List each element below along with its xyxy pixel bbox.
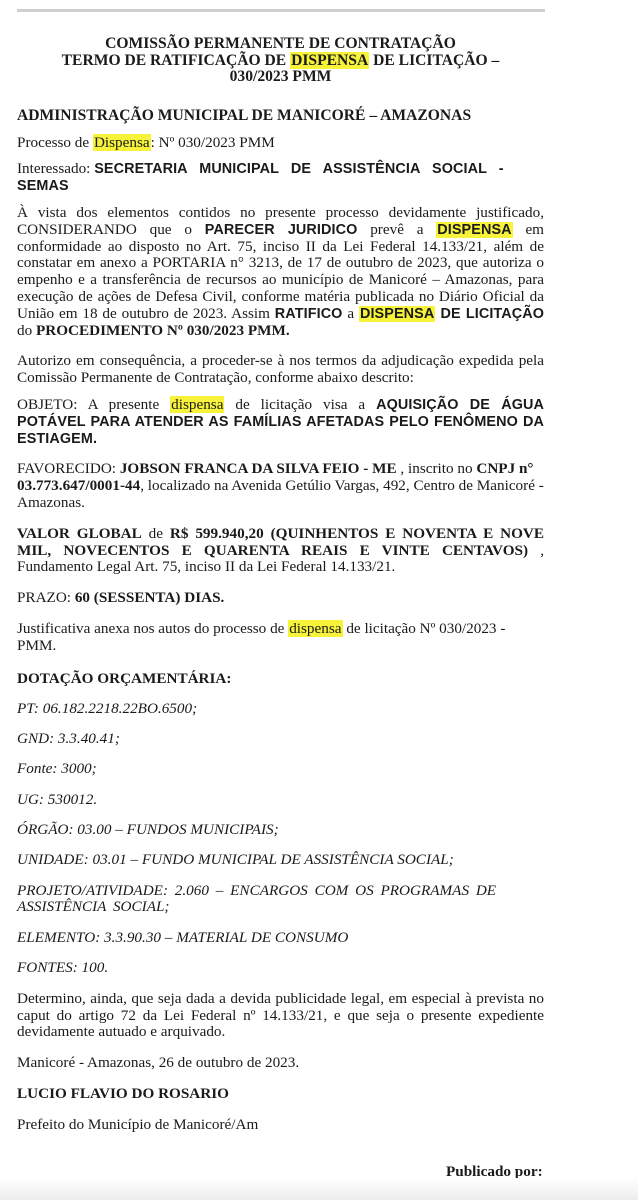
header-term-title: TERMO DE RATIFICAÇÃO DE DISPENSA DE LICI… [13,53,548,70]
ratifico: RATIFICO [275,306,343,322]
prazo-value: 60 (SESSENTA) DIAS. [75,589,225,606]
determino-paragraph: Determino, ainda, que seja dada a devida… [17,991,544,1041]
valor-label: VALOR GLOBAL [17,525,142,542]
process-number: Processo de Dispensa: Nº 030/2023 PMM [17,135,544,152]
prazo-paragraph: PRAZO: 60 (SESSENTA) DIAS. [17,590,544,607]
dotacao-item-gnd: GND: 3.3.40.41; [17,731,544,748]
justificativa-text: Justificativa anexa nos autos do process… [17,620,288,637]
dotacao-item-fonte: Fonte: 3000; [17,761,544,778]
dotacao-item-elemento: ELEMENTO: 3.3.90.30 – MATERIAL DE CONSUM… [17,930,544,947]
signatory-name: LUCIO FLAVIO DO ROSARIO [17,1086,544,1103]
dotacao-item-orgao: ÓRGÃO: 03.00 – FUNDOS MUNICIPAIS; [17,822,544,839]
header-number: 030/2023 PMM [13,69,548,86]
considerando-text-6: do [17,322,36,339]
highlight-dispensa: DISPENSA [359,306,435,322]
interested-party: Interessado: SECRETARIA MUNICIPAL DE ASS… [17,161,544,195]
autorizo-paragraph: Autorizo em consequência, a proceder-se … [17,353,544,387]
interested-label: Interessado: [17,160,94,177]
header-term-post: DE LICITAÇÃO – [369,52,499,69]
dotacao-item-ug: UG: 530012. [17,792,544,809]
dotacao-item-unidade: UNIDADE: 03.01 – FUNDO MUNICIPAL DE ASSI… [17,852,544,869]
highlight-dispensa: dispensa [288,620,342,637]
highlight-dispensa: Dispensa [93,134,151,151]
header-term-pre: TERMO DE RATIFICAÇÃO DE [62,52,290,69]
favorecido-label: FAVORECIDO: [17,460,120,477]
valor-de: de [142,525,170,542]
objeto-text: de licitação visa a [224,396,376,413]
favorecido-paragraph: FAVORECIDO: JOBSON FRANCA DA SILVA FEIO … [17,461,544,511]
objeto-paragraph: OBJETO: A presente dispensa de licitação… [17,397,544,447]
dotacao-item-projeto: PROJETO/ATIVIDADE: 2.060 – ENCARGOS COM … [17,883,544,917]
administration-title: ADMINISTRAÇÃO MUNICIPAL DE MANICORÉ – AM… [17,108,544,125]
bottom-shadow [0,1178,638,1200]
location-date: Manicoré - Amazonas, 26 de outubro de 20… [17,1055,544,1072]
top-divider [17,9,545,12]
procedimento-number: PROCEDIMENTO Nº 030/2023 PMM. [36,322,290,339]
process-value: : Nº 030/2023 PMM [151,134,275,151]
header-commission: COMISSÃO PERMANENTE DE CONTRATAÇÃO [13,36,548,53]
parecer-juridico: PARECER JURIDICO [205,222,358,238]
dotacao-section: DOTAÇÃO ORÇAMENTÁRIA: PT: 06.182.2218.22… [17,671,544,977]
favorecido-name: JOBSON FRANCA DA SILVA FEIO - ME [120,460,397,477]
considerando-text-2: prevê a [357,221,436,238]
highlight-dispensa: DISPENSA [290,52,369,69]
objeto-label: OBJETO: A presente [17,396,170,413]
highlight-dispensa: DISPENSA [436,222,512,238]
dotacao-title: DOTAÇÃO ORÇAMENTÁRIA: [17,671,544,688]
favorecido-text: , inscrito no [397,460,477,477]
signatory-role: Prefeito do Município de Manicoré/Am [17,1117,544,1134]
document-page: COMISSÃO PERMANENTE DE CONTRATAÇÃO TERMO… [17,36,544,1134]
prazo-label: PRAZO: [17,589,75,606]
considerando-paragraph: À vista dos elementos contidos no presen… [17,205,544,339]
dotacao-item-fontes: FONTES: 100. [17,960,544,977]
de-licitacao: DE LICITAÇÃO [435,306,544,322]
highlight-dispensa: dispensa [170,396,224,413]
document-header: COMISSÃO PERMANENTE DE CONTRATAÇÃO TERMO… [13,36,548,86]
dotacao-item-pt: PT: 06.182.2218.22BO.6500; [17,701,544,718]
considerando-text-4: a [342,305,358,322]
valor-paragraph: VALOR GLOBAL de R$ 599.940,20 (QUINHENTO… [17,526,544,576]
justificativa-paragraph: Justificativa anexa nos autos do process… [17,621,544,655]
process-label: Processo de [17,134,93,151]
